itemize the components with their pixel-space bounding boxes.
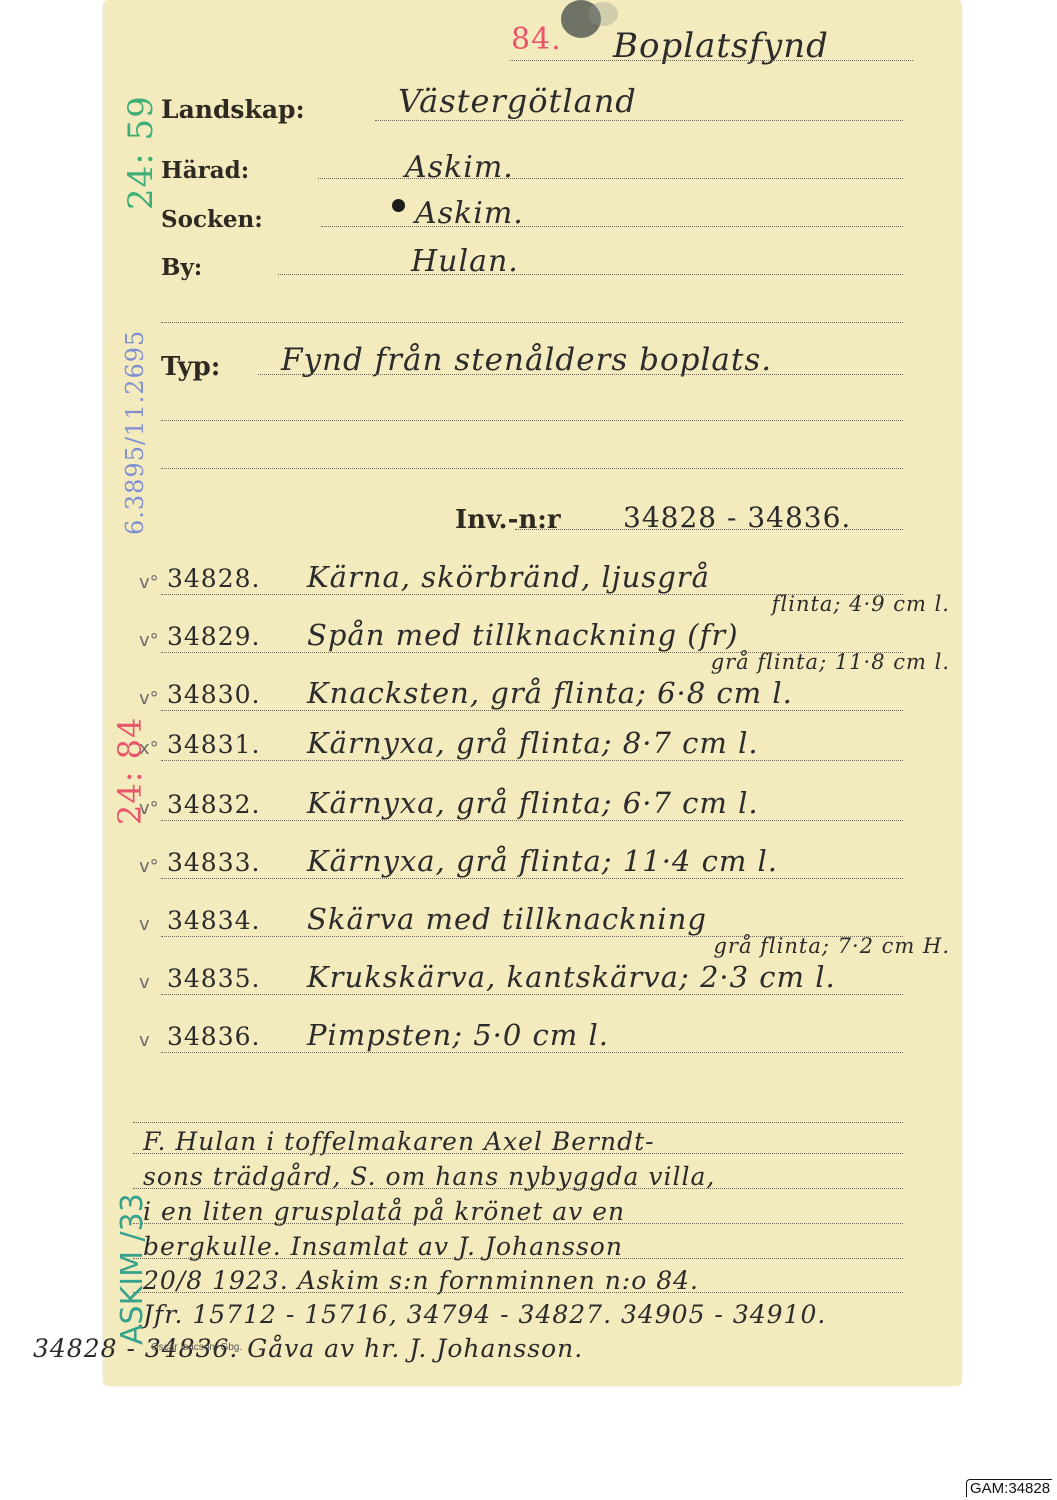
dotted-line: [278, 274, 903, 275]
margin-annotation-green-top: 24: 59: [121, 95, 161, 210]
field-value-harad: Askim.: [405, 150, 514, 185]
item-number: 34831.: [167, 730, 260, 759]
socken-dot: [392, 199, 405, 212]
margin-annotation-blue: 6.3895/11.2695: [121, 330, 149, 535]
printer-imprint: Oscar Isacson, Gbg.: [151, 1342, 242, 1353]
item-description: Kärna, skörbränd, ljusgrå: [307, 560, 710, 594]
field-label-socken: Socken:: [161, 206, 263, 233]
dotted-line: [258, 374, 903, 375]
item-number: 34832.: [167, 790, 260, 819]
item-number: 34834.: [167, 906, 260, 935]
dotted-line: [133, 1153, 903, 1154]
note-line: F. Hulan i toffelmakaren Axel Berndt-: [143, 1127, 655, 1156]
item-number: 34829.: [167, 622, 260, 651]
item-description-continued: flinta; 4·9 cm l.: [772, 592, 950, 616]
check-mark: v°: [139, 688, 159, 709]
item-number: 34836.: [167, 1022, 260, 1051]
item-description-continued: grå flinta; 7·2 cm H.: [713, 934, 950, 958]
inventory-label: Inv.-n:r: [455, 505, 561, 535]
dotted-line: [515, 529, 903, 530]
dotted-line: [161, 760, 903, 761]
dotted-line: [161, 710, 903, 711]
item-number: 34830.: [167, 680, 260, 709]
dotted-line: [133, 1258, 903, 1259]
field-label-harad: Härad:: [161, 157, 249, 184]
check-mark: v: [139, 972, 150, 993]
item-description: Kärnyxa, grå flinta; 6·7 cm l.: [307, 786, 759, 820]
dotted-line: [321, 226, 903, 227]
note-line: 20/8 1923. Askim s:n fornminnen n:o 84.: [143, 1266, 699, 1295]
note-line: bergkulle. Insamlat av J. Johansson: [143, 1232, 623, 1261]
item-description: Kärnyxa, grå flinta; 11·4 cm l.: [307, 844, 778, 878]
item-description: Kärnyxa, grå flinta; 8·7 cm l.: [307, 726, 759, 760]
note-line: sons trädgård, S. om hans nybyggda villa…: [143, 1162, 715, 1191]
dotted-line: [318, 178, 903, 179]
note-line: i en liten grusplatå på krönet av en: [143, 1197, 625, 1226]
field-label-typ: Typ:: [161, 352, 220, 382]
item-description: Skärva med tillknackning: [307, 902, 707, 936]
check-mark: v: [139, 914, 150, 935]
item-description-continued: grå flinta; 11·8 cm l.: [711, 650, 950, 674]
catalog-card: 84. Boplatsfynd Landskap: Västergötland …: [103, 0, 962, 1386]
red-card-number: 84.: [511, 22, 562, 57]
dotted-line: [161, 420, 903, 421]
item-description: Spån med tillknackning (fr): [307, 618, 739, 652]
header-dotted-line: [510, 60, 913, 61]
margin-annotation-green-bottom: ASKIM /33: [115, 1193, 150, 1345]
item-description: Pimpsten; 5·0 cm l.: [307, 1018, 609, 1052]
field-label-landskap: Landskap:: [161, 95, 305, 124]
check-mark: v: [139, 1030, 150, 1051]
dotted-line: [133, 1223, 903, 1224]
item-description: Krukskärva, kantskärva; 2·3 cm l.: [307, 960, 836, 994]
dotted-line: [133, 1292, 903, 1293]
ink-smear: [588, 2, 618, 26]
item-description: Knacksten, grå flinta; 6·8 cm l.: [307, 676, 793, 710]
field-value-typ: Fynd från stenålders boplats.: [281, 342, 772, 378]
item-number: 34835.: [167, 964, 260, 993]
check-mark: v°: [139, 856, 159, 877]
dotted-line: [375, 120, 903, 121]
dotted-line: [161, 468, 903, 469]
dotted-line: [133, 1122, 903, 1123]
dotted-line: [161, 994, 903, 995]
dotted-line: [161, 820, 903, 821]
field-label-by: By:: [161, 254, 202, 281]
catalog-id-label: GAM:34828: [966, 1479, 1052, 1497]
field-value-landskap: Västergötland: [398, 82, 637, 120]
dotted-line: [161, 878, 903, 879]
check-mark: v°: [139, 630, 159, 651]
item-number: 34828.: [167, 564, 260, 593]
dotted-line: [161, 322, 903, 323]
item-number: 34833.: [167, 848, 260, 877]
note-line: Jfr. 15712 - 15716, 34794 - 34827. 34905…: [143, 1300, 826, 1329]
dotted-line: [133, 1188, 903, 1189]
margin-annotation-red: 24: 84: [111, 717, 149, 825]
check-mark: v°: [139, 572, 159, 593]
dotted-line: [161, 1052, 903, 1053]
